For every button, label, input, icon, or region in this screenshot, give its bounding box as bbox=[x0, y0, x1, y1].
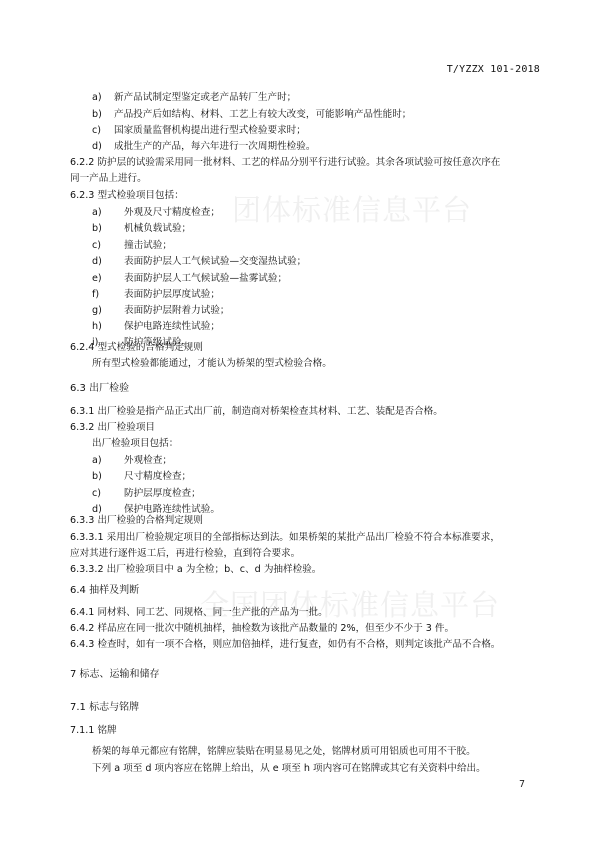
list-item: a)外观及尺寸精度检查； bbox=[92, 206, 220, 220]
clause-6-3-3-1: 6.3.3.1 采用出厂检验规定项目的全部指标达到法。如果桥架的某批产品出厂检验… bbox=[70, 531, 500, 545]
clause-6-4-2: 6.4.2 样品应在同一批次中随机抽样，抽检数为该批产品数量的 2%，但至少不少… bbox=[70, 622, 454, 636]
clause-7-1-1: 7.1.1 铭牌 bbox=[70, 724, 117, 738]
clause-6-4-1: 6.4.1 同材料、同工艺、同规格、同一生产批的产品为一批。 bbox=[70, 606, 328, 620]
list-item: b)机械负载试验； bbox=[92, 222, 191, 236]
clause-6-3-3: 6.3.3 出厂检验的合格判定规则 bbox=[70, 514, 203, 528]
clause-6-3-2-body: 出厂检验项目包括： bbox=[92, 437, 178, 451]
clause-6-3-3-2: 6.3.3.2 出厂检验项目中 a 为全检；b、c、d 为抽样检验。 bbox=[70, 563, 321, 577]
list-item: a)新产品试制定型鉴定或老产品转厂生产时； bbox=[92, 91, 296, 105]
watermark-top: 团体标准信息平台 bbox=[232, 188, 472, 229]
clause-6-3-1: 6.3.1 出厂检验是指产品正式出厂前，制造商对桥架检查其材料、工艺、装配是否合… bbox=[70, 405, 443, 419]
section-6-3-heading: 6.3 出厂检验 bbox=[70, 382, 129, 396]
list-item: c)撞击试验； bbox=[92, 239, 172, 253]
list-item: d)表面防护层人工气候试验—交变湿热试验； bbox=[92, 255, 306, 269]
clause-6-2-3: 6.2.3 型式检验项目包括： bbox=[70, 189, 184, 203]
clause-6-3-3-1-cont: 应对其进行逐件返工后，再进行检验，直到符合要求。 bbox=[70, 547, 300, 561]
list-item: b)尺寸精度检查； bbox=[92, 470, 191, 484]
page-number: 7 bbox=[519, 779, 525, 790]
clause-6-3-2: 6.3.2 出厂检验项目 bbox=[70, 421, 155, 435]
standard-number-header: T/YZZX 101-2018 bbox=[447, 64, 540, 75]
clause-7-1-1-body-1: 桥架的每单元都应有铭牌，铭牌应装贴在明显易见之处，铭牌材质可用铝质也可用不干胶。 bbox=[92, 745, 476, 759]
list-item: c)防护层厚度检查； bbox=[92, 487, 201, 501]
list-item: f)表面防护层厚度试验； bbox=[92, 288, 220, 302]
clause-7-1-1-body-2: 下列 a 项至 d 项内容应在铭牌上给出，从 e 项至 h 项内容可在铭牌或其它… bbox=[92, 762, 486, 776]
clause-6-4-3: 6.4.3 检查时，如有一项不合格，则应加倍抽样，进行复查，如仍有不合格，则判定… bbox=[70, 638, 500, 652]
list-item: b)产品投产后如结构、材料、工艺上有较大改变，可能影响产品性能时； bbox=[92, 108, 411, 122]
list-item: e)表面防护层人工气候试验—盐雾试验； bbox=[92, 272, 287, 286]
list-item: c)国家质量监督机构提出进行型式检验要求时； bbox=[92, 124, 306, 138]
section-7-1-heading: 7.1 标志与铭牌 bbox=[70, 701, 139, 715]
clause-6-2-2: 6.2.2 防护层的试验需采用同一批材料、工艺的样品分别平行进行试验。其余各项试… bbox=[70, 156, 500, 170]
clause-6-2-2-cont: 同一产品上进行。 bbox=[70, 172, 147, 186]
clause-6-2-4: 6.2.4 型式检验的合格判定规则 bbox=[70, 341, 203, 355]
section-6-4-heading: 6.4 抽样及判断 bbox=[70, 584, 139, 598]
list-item: g)表面防护层附着力试验； bbox=[92, 304, 230, 318]
list-item: a)外观检查； bbox=[92, 454, 172, 468]
list-item: h)保护电路连续性试验； bbox=[92, 320, 220, 334]
document-page: 团体标准信息平台 全国团体标准信息平台 T/YZZX 101-2018 a)新产… bbox=[0, 0, 596, 842]
chapter-7-heading: 7 标志、运输和储存 bbox=[70, 668, 160, 682]
clause-6-2-4-body: 所有型式检验都能通过，才能认为桥架的型式检验合格。 bbox=[92, 357, 332, 371]
list-item: d)成批生产的产品，每六年进行一次周期性检验。 bbox=[92, 140, 315, 154]
